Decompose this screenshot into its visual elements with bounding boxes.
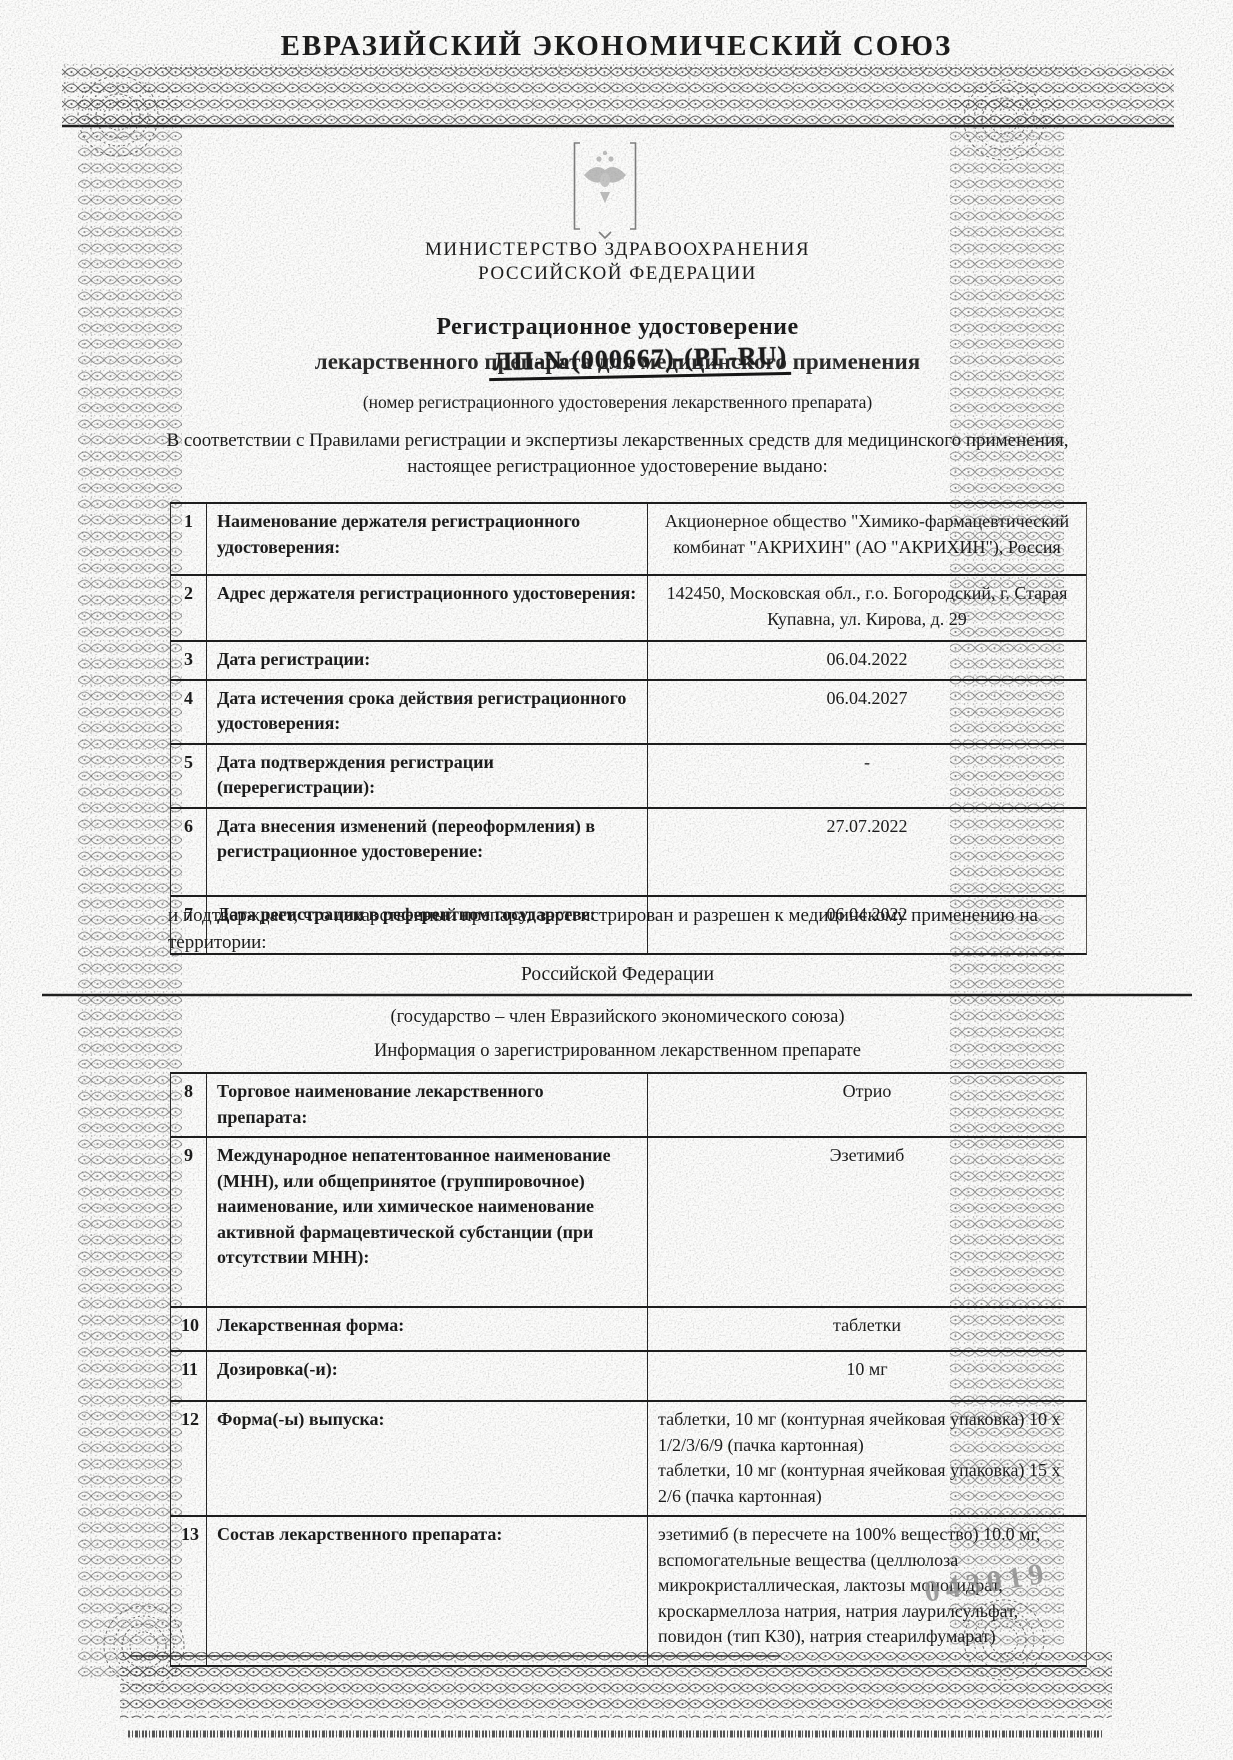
row-label: Дата регистрации: (207, 642, 647, 679)
registration-number-caption: (номер регистрационного удостоверения ле… (150, 392, 1085, 413)
row-value: Акционерное общество "Химико-фармацевтич… (647, 504, 1086, 574)
row-label: Дозировка(-и): (207, 1352, 647, 1400)
ministry-name: МИНИСТЕРСТВО ЗДРАВООХРАНЕНИЯ РОССИЙСКОЙ … (150, 238, 1085, 286)
table-row: 8 Торговое наименование лекарственного п… (170, 1074, 1086, 1138)
row-label: Дата истечения срока действия регистраци… (207, 681, 647, 743)
row-number: 4 (170, 681, 207, 743)
table-row: 2 Адрес держателя регистрационного удост… (170, 576, 1086, 642)
territory-caption: (государство – член Евразийского экономи… (150, 1007, 1085, 1028)
row-label: Дата внесения изменений (переоформления)… (207, 809, 647, 895)
table-row: 9 Международное непатентованное наименов… (170, 1138, 1086, 1308)
row-number: 11 (170, 1352, 207, 1400)
row-number: 6 (170, 809, 207, 895)
row-label: Международное непатентованное наименован… (207, 1138, 647, 1306)
row-value: 142450, Московская обл., г.о. Богородски… (647, 576, 1086, 640)
registration-certificate-page: ЕВРАЗИЙСКИЙ ЭКОНОМИЧЕСКИЙ СОЮЗ МИНИСТЕРС… (0, 0, 1233, 1760)
row-value: Отрио (647, 1074, 1086, 1136)
row-number: 2 (170, 576, 207, 640)
row-value: 27.07.2022 (647, 809, 1086, 895)
table-row: 10 Лекарственная форма: таблетки (170, 1308, 1086, 1352)
row-number: 13 (170, 1517, 207, 1665)
ministry-line-1: МИНИСТЕРСТВО ЗДРАВООХРАНЕНИЯ (150, 238, 1085, 262)
row-number: 8 (170, 1074, 207, 1136)
row-label: Лекарственная форма: (207, 1308, 647, 1350)
intro-paragraph: В соответствии с Правилами регистрации и… (150, 428, 1085, 480)
row-label: Дата подтверждения регистрации (перереги… (207, 745, 647, 807)
confirmation-paragraph: и подтверждает, что лекарственный препар… (168, 903, 1094, 956)
registration-number-stamp: ЛП-№(000667)-(РГ-RU) (489, 341, 792, 381)
row-value: 10 мг (647, 1352, 1086, 1400)
row-value: - (647, 745, 1086, 807)
row-label: Состав лекарственного препарата: (207, 1517, 647, 1665)
table-row: 11 Дозировка(-и): 10 мг (170, 1352, 1086, 1402)
table-row: 12 Форма(-ы) выпуска: таблетки, 10 мг (к… (170, 1402, 1086, 1517)
table-row: 3 Дата регистрации: 06.04.2022 (170, 642, 1086, 681)
row-number: 12 (170, 1402, 207, 1515)
coat-of-arms-icon (573, 140, 637, 240)
row-value: 06.04.2027 (647, 681, 1086, 743)
holder-table: 1 Наименование держателя регистрационног… (170, 502, 1087, 955)
info-heading: Информация о зарегистрированном лекарств… (150, 1041, 1085, 1062)
row-value: Эзетимиб (647, 1138, 1086, 1306)
row-number: 3 (170, 642, 207, 679)
row-value: 06.04.2022 (647, 642, 1086, 679)
document-title-line1: Регистрационное удостоверение (150, 314, 1085, 341)
row-number: 9 (170, 1138, 207, 1306)
union-title: ЕВРАЗИЙСКИЙ ЭКОНОМИЧЕСКИЙ СОЮЗ (0, 30, 1233, 63)
row-number: 10 (170, 1308, 207, 1350)
row-label: Наименование держателя регистрационного … (207, 504, 647, 574)
table-row: 1 Наименование держателя регистрационног… (170, 504, 1086, 576)
ministry-line-2: РОССИЙСКОЙ ФЕДЕРАЦИИ (150, 262, 1085, 286)
row-number: 1 (170, 504, 207, 574)
row-label: Адрес держателя регистрационного удостов… (207, 576, 647, 640)
row-label: Торговое наименование лекарственного пре… (207, 1074, 647, 1136)
table-row: 5 Дата подтверждения регистрации (перере… (170, 745, 1086, 809)
table-row: 4 Дата истечения срока действия регистра… (170, 681, 1086, 745)
row-number: 5 (170, 745, 207, 807)
row-value: таблетки (647, 1308, 1086, 1350)
table-row: 6 Дата внесения изменений (переоформлени… (170, 809, 1086, 897)
territory-name: Российской Федерации (150, 964, 1085, 986)
row-label: Форма(-ы) выпуска: (207, 1402, 647, 1515)
row-value: таблетки, 10 мг (контурная ячейковая упа… (647, 1402, 1086, 1515)
